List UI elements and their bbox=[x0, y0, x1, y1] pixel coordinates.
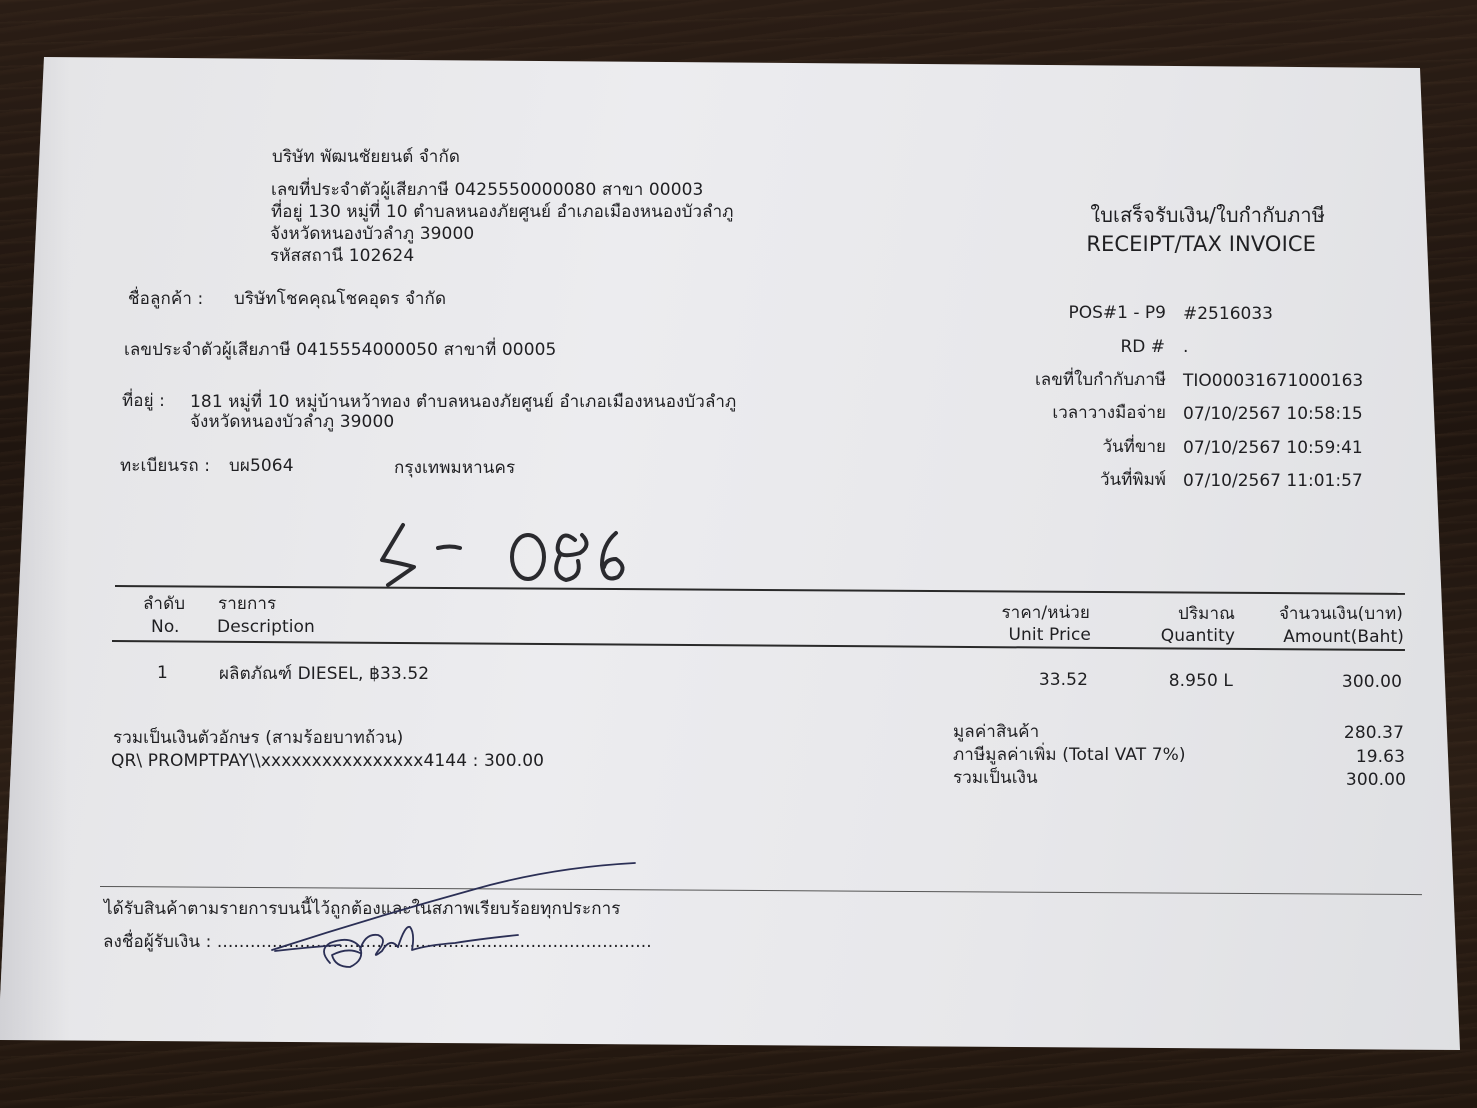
sale-date: 07/10/2567 10:59:41 bbox=[1183, 437, 1363, 459]
subtotal-value: 280.37 bbox=[1280, 722, 1404, 744]
customer-address-line2: จังหวัดหนองบัวลำภู 39000 bbox=[190, 411, 394, 433]
nozzle-time: 07/10/2567 10:58:15 bbox=[1183, 403, 1363, 425]
seller-station-code: รหัสสถานี 102624 bbox=[270, 245, 414, 267]
seller-address-line1: ที่อยู่ 130 หมู่ที่ 10 ตำบลหนองภัยศูนย์ … bbox=[271, 201, 734, 223]
pos-label: POS#1 - P9 bbox=[966, 302, 1166, 324]
col-quantity-en: Quantity bbox=[1110, 625, 1235, 647]
document-title-english: RECEIPT/TAX INVOICE bbox=[1000, 233, 1316, 255]
vat-value: 19.63 bbox=[1280, 746, 1405, 768]
vehicle-plate: บผ5064 bbox=[229, 455, 294, 477]
handwritten-note-5-086 bbox=[370, 515, 640, 595]
sale-date-label: วันที่ขาย bbox=[966, 436, 1166, 458]
row-quantity: 8.950 L bbox=[1110, 670, 1233, 692]
customer-tax-id: เลขประจำตัวผู้เสียภาษี 0415554000050 สาข… bbox=[124, 339, 556, 361]
handwritten-signature bbox=[260, 855, 660, 975]
payment-method-line: QR\ PROMPTPAY\\xxxxxxxxxxxxxxxx4144 : 30… bbox=[111, 750, 544, 772]
subtotal-label: มูลค่าสินค้า bbox=[953, 721, 1039, 743]
seller-name: บริษัท พัฒนชัยยนต์ จำกัด bbox=[272, 146, 460, 168]
col-description-en: Description bbox=[217, 616, 315, 638]
col-amount-th: จำนวนเงิน(บาท) bbox=[1250, 603, 1403, 625]
rd-label: RD # bbox=[965, 336, 1165, 358]
customer-address-label: ที่อยู่ : bbox=[122, 390, 165, 412]
seller-tax-id: เลขที่ประจำตัวผู้เสียภาษี 0425550000080 … bbox=[271, 179, 703, 201]
row-description: ผลิตภัณฑ์ DIESEL, ฿33.52 bbox=[219, 663, 429, 685]
customer-name-label: ชื่อลูกค้า : bbox=[128, 288, 203, 310]
amount-in-words: รวมเป็นเงินตัวอักษร (สามร้อยบาทถ้วน) bbox=[113, 727, 403, 749]
tax-invoice-no: TIO00031671000163 bbox=[1183, 370, 1363, 392]
grand-total-label: รวมเป็นเงิน bbox=[953, 767, 1038, 789]
col-no-en: No. bbox=[151, 616, 180, 638]
print-date: 07/10/2567 11:01:57 bbox=[1183, 470, 1363, 492]
col-no-th: ลำดับ bbox=[143, 593, 185, 615]
document-title-thai: ใบเสร็จรับเงิน/ใบกำกับภาษี bbox=[1000, 204, 1325, 226]
row-amount: 300.00 bbox=[1250, 671, 1402, 693]
customer-address-line1: 181 หมู่ที่ 10 หมู่บ้านหว้าทอง ตำบลหนองภ… bbox=[190, 391, 736, 413]
col-quantity-th: ปริมาณ bbox=[1110, 603, 1235, 625]
tax-invoice-no-label: เลขที่ใบกำกับภาษี bbox=[966, 369, 1166, 391]
row-unit-price: 33.52 bbox=[960, 669, 1088, 691]
col-description-th: รายการ bbox=[218, 593, 276, 615]
row-no: 1 bbox=[157, 662, 168, 684]
col-unit-price-en: Unit Price bbox=[960, 624, 1091, 646]
grand-total-value: 300.00 bbox=[1280, 769, 1406, 791]
vat-label: ภาษีมูลค่าเพิ่ม (Total VAT 7%) bbox=[953, 744, 1186, 766]
customer-name: บริษัทโชคคุณโชคอุดร จำกัด bbox=[234, 288, 446, 310]
nozzle-time-label: เวลาวางมือจ่าย bbox=[966, 402, 1166, 424]
vehicle-plate-label: ทะเบียนรถ : bbox=[120, 455, 210, 477]
signature-label: ลงชื่อผู้รับเงิน : bbox=[103, 932, 217, 952]
seller-address-line2: จังหวัดหนองบัวลำภู 39000 bbox=[270, 223, 474, 245]
vehicle-province: กรุงเทพมหานคร bbox=[394, 457, 515, 479]
col-amount-en: Amount(Baht) bbox=[1250, 626, 1404, 648]
col-unit-price-th: ราคา/หน่วย bbox=[960, 602, 1090, 624]
print-date-label: วันที่พิมพ์ bbox=[966, 469, 1166, 491]
pos-number: #2516033 bbox=[1183, 303, 1273, 325]
rd-value: . bbox=[1183, 336, 1188, 358]
